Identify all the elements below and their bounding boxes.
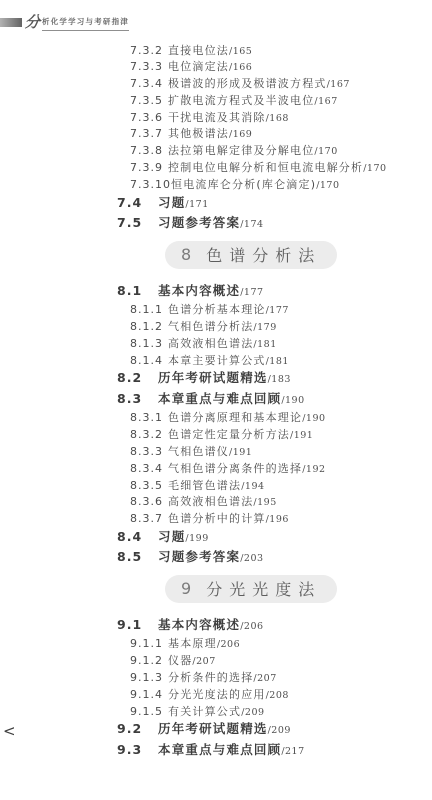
entry-page: /190	[281, 392, 304, 411]
toc-entry: 8.1.4 本章主要计算公式/181	[130, 353, 432, 370]
entry-title: 干扰电流及其消除	[168, 110, 266, 126]
chapter-heading: 8 色谱分析法	[165, 241, 337, 269]
entry-number: 7.3.4	[130, 76, 168, 92]
entry-page: /190	[302, 411, 325, 427]
entry-title: 电位滴定法	[168, 59, 229, 75]
entry-number: 9.2	[117, 720, 158, 739]
toc-entry: 7.3.6 干扰电流及其消除/168	[130, 110, 432, 127]
entry-page: /165	[229, 44, 252, 60]
entry-number: 8.3.5	[130, 478, 168, 494]
entry-number: 8.3.2	[130, 427, 168, 443]
entry-title: 习题	[158, 194, 185, 213]
toc-entry: 8.4 习题/199	[117, 528, 432, 549]
entry-title: 气相色谱仪	[168, 444, 229, 460]
entry-number: 7.3.6	[130, 110, 168, 126]
entry-number: 7.3.9	[130, 160, 168, 176]
entry-number: 8.1.3	[130, 336, 168, 352]
chapter-number: 8	[181, 245, 191, 264]
toc-entry: 9.3 本章重点与难点回顾/217	[117, 741, 432, 762]
entry-page: /177	[240, 284, 263, 303]
entry-number: 8.3.7	[130, 511, 168, 527]
entry-number: 7.3.7	[130, 126, 168, 142]
entry-page: /192	[302, 462, 325, 478]
toc-entry: 7.5 习题参考答案/174	[117, 214, 432, 235]
entry-title: 控制电位电解分析和恒电流电解分析	[168, 160, 363, 176]
book-page: 分 析化学学习与考研指津 7.3.2 直接电位法/165 7.3.3 电位滴定法…	[0, 0, 432, 800]
entry-number: 7.3.5	[130, 93, 168, 109]
entry-number: 9.1.3	[130, 670, 168, 686]
entry-number: 8.2	[117, 369, 158, 388]
entry-number: 9.1.1	[130, 636, 168, 652]
book-logo-char: 分	[24, 11, 41, 32]
entry-page: /177	[266, 303, 289, 319]
entry-number: 8.5	[117, 548, 158, 567]
entry-number: 9.1	[117, 616, 158, 635]
toc-entry: 8.1 基本内容概述/177	[117, 282, 432, 303]
entry-number: 7.3.2	[130, 43, 168, 59]
toc-entry: 8.3.3 气相色谱仪/191	[130, 444, 432, 461]
toc-entry: 7.3.10 恒电流库仑分析(库仑滴定)/170	[130, 177, 432, 194]
entry-page: /167	[327, 77, 350, 93]
entry-number: 9.3	[117, 741, 158, 760]
entry-title: 习题参考答案	[158, 548, 240, 567]
entry-number: 8.3	[117, 390, 158, 409]
toc-entry: 8.3 本章重点与难点回顾/190	[117, 390, 432, 411]
entry-title: 仪器	[168, 653, 192, 669]
toc-entry: 9.1 基本内容概述/206	[117, 616, 432, 637]
back-chevron-icon[interactable]: <	[3, 722, 21, 740]
running-header: 分 析化学学习与考研指津	[0, 14, 432, 34]
entry-title: 分析条件的选择	[168, 670, 253, 686]
toc-entry: 7.3.4 极谱波的形成及极谱波方程式/167	[130, 76, 432, 93]
entry-number: 7.3.10	[130, 177, 171, 193]
entry-page: /194	[241, 479, 264, 495]
entry-page: /209	[241, 705, 264, 721]
entry-page: /203	[240, 550, 263, 569]
toc-entry: 8.3.2 色谱定性定量分析方法/191	[130, 427, 432, 444]
entry-title: 色谱分离原理和基本理论	[168, 410, 302, 426]
entry-page: /170	[316, 178, 339, 194]
entry-number: 9.1.2	[130, 653, 168, 669]
entry-title: 本章重点与难点回顾	[158, 390, 281, 409]
toc-entry: 7.3.3 电位滴定法/166	[130, 59, 432, 76]
entry-page: /206	[217, 637, 240, 653]
entry-title: 习题	[158, 528, 185, 547]
entry-number: 9.1.4	[130, 687, 168, 703]
toc-entry: 8.3.4 气相色谱分离条件的选择/192	[130, 461, 432, 478]
entry-page: /207	[192, 654, 215, 670]
entry-page: /167	[314, 94, 337, 110]
entry-title: 历年考研试题精选	[158, 369, 268, 388]
chapter-number: 9	[181, 579, 191, 598]
entry-number: 9.1.5	[130, 704, 168, 720]
entry-page: /191	[229, 445, 252, 461]
entry-title: 极谱波的形成及极谱波方程式	[168, 76, 327, 92]
entry-title: 基本内容概述	[158, 282, 240, 301]
toc-entry: 7.3.9 控制电位电解分析和恒电流电解分析/170	[130, 160, 432, 177]
entry-number: 8.3.6	[130, 494, 168, 510]
entry-title: 历年考研试题精选	[158, 720, 268, 739]
toc-entry: 8.3.6 高效液相色谱法/195	[130, 494, 432, 511]
entry-title: 高效液相色谱法	[168, 494, 253, 510]
entry-page: /171	[185, 196, 208, 215]
entry-title: 毛细管色谱法	[168, 478, 241, 494]
entry-title: 恒电流库仑分析(库仑滴定)	[171, 177, 316, 193]
entry-title: 习题参考答案	[158, 214, 240, 233]
toc-entry: 9.2 历年考研试题精选/209	[117, 720, 432, 741]
toc-entry: 9.1.2 仪器/207	[130, 653, 432, 670]
entry-number: 7.3.3	[130, 59, 168, 75]
entry-number: 8.4	[117, 528, 158, 547]
entry-page: /196	[266, 512, 289, 528]
entry-title: 本章重点与难点回顾	[158, 741, 281, 760]
entry-title: 其他极谱法	[168, 126, 229, 142]
toc-entry: 8.1.1 色谱分析基本理论/177	[130, 302, 432, 319]
entry-page: /166	[229, 60, 252, 76]
entry-title: 法拉第电解定律及分解电位	[168, 143, 314, 159]
entry-title: 气相色谱分离条件的选择	[168, 461, 302, 477]
entry-page: /209	[268, 722, 291, 741]
entry-number: 7.5	[117, 214, 158, 233]
entry-title: 直接电位法	[168, 43, 229, 59]
entry-title: 色谱分析基本理论	[168, 302, 266, 318]
entry-page: /169	[229, 127, 252, 143]
toc-entry: 7.3.8 法拉第电解定律及分解电位/170	[130, 143, 432, 160]
book-title: 析化学学习与考研指津	[42, 16, 129, 31]
entry-page: /208	[266, 688, 289, 704]
entry-number: 8.3.3	[130, 444, 168, 460]
toc-entry: 8.1.3 高效液相色谱法/181	[130, 336, 432, 353]
entry-title: 扩散电流方程式及半波电位	[168, 93, 314, 109]
toc-entry: 7.3.2 直接电位法/165	[130, 43, 432, 60]
entry-page: /181	[253, 337, 276, 353]
chapter-title: 分光光度法	[206, 577, 321, 600]
toc-entry: 8.3.1 色谱分离原理和基本理论/190	[130, 410, 432, 427]
entry-title: 基本原理	[168, 636, 217, 652]
entry-page: /170	[314, 144, 337, 160]
toc-entry: 9.1.5 有关计算公式/209	[130, 704, 432, 721]
chapter-title: 色谱分析法	[206, 243, 321, 266]
entry-number: 8.3.4	[130, 461, 168, 477]
toc-entry: 8.3.7 色谱分析中的计算/196	[130, 511, 432, 528]
entry-number: 8.1.4	[130, 353, 168, 369]
entry-title: 色谱定性定量分析方法	[168, 427, 290, 443]
entry-page: /181	[266, 354, 289, 370]
entry-title: 基本内容概述	[158, 616, 240, 635]
toc-entry: 9.1.3 分析条件的选择/207	[130, 670, 432, 687]
entry-page: /174	[240, 216, 263, 235]
entry-page: /183	[268, 371, 291, 390]
entry-page: /217	[281, 743, 304, 762]
entry-title: 有关计算公式	[168, 704, 241, 720]
entry-number: 8.1.1	[130, 302, 168, 318]
toc-entry: 8.2 历年考研试题精选/183	[117, 369, 432, 390]
header-bar-decoration	[0, 18, 22, 27]
toc-entry: 9.1.1 基本原理/206	[130, 636, 432, 653]
toc-entry: 7.4 习题/171	[117, 194, 432, 215]
toc-entry: 7.3.7 其他极谱法/169	[130, 126, 432, 143]
chapter-heading: 9 分光光度法	[165, 575, 337, 603]
toc-entry: 8.3.5 毛细管色谱法/194	[130, 478, 432, 495]
entry-title: 分光光度法的应用	[168, 687, 266, 703]
entry-number: 7.3.8	[130, 143, 168, 159]
entry-title: 高效液相色谱法	[168, 336, 253, 352]
toc-entry: 8.1.2 气相色谱分析法/179	[130, 319, 432, 336]
entry-number: 8.3.1	[130, 410, 168, 426]
toc-entry: 8.5 习题参考答案/203	[117, 548, 432, 569]
entry-number: 8.1	[117, 282, 158, 301]
toc-entry: 7.3.5 扩散电流方程式及半波电位/167	[130, 93, 432, 110]
entry-number: 7.4	[117, 194, 158, 213]
entry-page: /199	[185, 530, 208, 549]
entry-page: /170	[363, 161, 386, 177]
entry-page: /195	[253, 495, 276, 511]
entry-title: 色谱分析中的计算	[168, 511, 266, 527]
entry-page: /191	[290, 428, 313, 444]
entry-page: /179	[253, 320, 276, 336]
toc-entry: 9.1.4 分光光度法的应用/208	[130, 687, 432, 704]
entry-page: /168	[266, 111, 289, 127]
entry-page: /207	[253, 671, 276, 687]
entry-number: 8.1.2	[130, 319, 168, 335]
toc-list: 7.3.2 直接电位法/165 7.3.3 电位滴定法/166 7.3.4 极谱…	[0, 43, 432, 762]
entry-title: 气相色谱分析法	[168, 319, 253, 335]
entry-page: /206	[240, 618, 263, 637]
entry-title: 本章主要计算公式	[168, 353, 266, 369]
